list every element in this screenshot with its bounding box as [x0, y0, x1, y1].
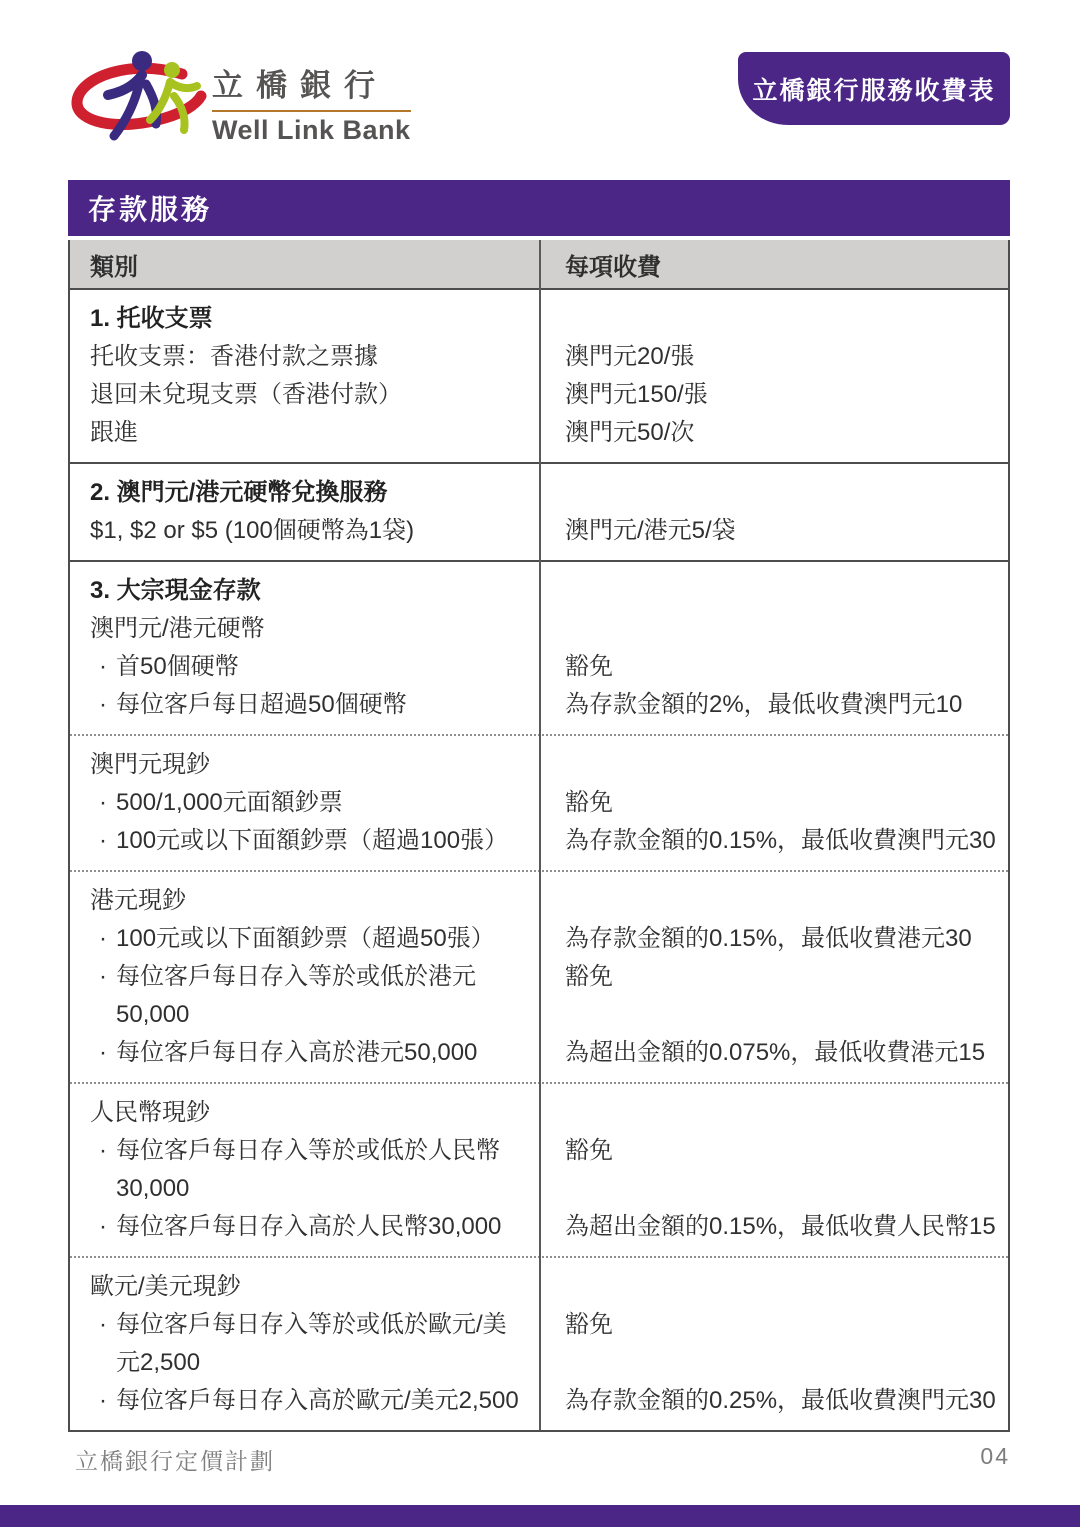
category-cell: 每位客戶每日超過50個硬幣 [116, 686, 525, 724]
bullet-icon: · [90, 1382, 116, 1420]
category-cell: 每位客戶每日存入等於或低於港元50,000 [116, 958, 525, 1034]
fee-cell: 豁免 [539, 958, 1008, 996]
bullet-icon: · [90, 822, 116, 860]
fee-table: 存款服務 類別 每項收費 1. 托收支票 托收支票：香港付款之票據 澳門元20/… [68, 180, 1010, 1432]
category-cell: 2. 澳門元/港元硬幣兌換服務 [90, 474, 525, 512]
table-title: 存款服務 [68, 180, 1010, 236]
footer-plan-name: 立橋銀行定價計劃 [75, 1443, 275, 1476]
fee-cell: 澳門元/港元5/袋 [539, 512, 1008, 550]
category-cell: 托收支票：香港付款之票據 [90, 338, 525, 376]
page-number: 04 [980, 1443, 1010, 1476]
bank-logo: 立橋銀行 Well Link Bank [70, 42, 410, 147]
fee-cell: 豁免 [539, 1306, 1008, 1344]
column-divider [539, 240, 541, 1430]
bullet-icon: · [90, 1306, 116, 1382]
category-cell: 退回未兌現支票（香港付款） [90, 376, 525, 414]
fee-cell: 為超出金額的0.15%，最低收費人民幣15 [539, 1208, 1008, 1246]
fee-cell: 澳門元20/張 [539, 338, 1008, 376]
bank-name-cn: 立橋銀行 [212, 60, 411, 112]
fee-cell: 為存款金額的0.25%，最低收費澳門元30 [539, 1382, 1008, 1420]
category-cell: 1. 托收支票 [90, 300, 525, 338]
category-cell: 首50個硬幣 [116, 648, 525, 686]
category-cell: 100元或以下面額鈔票（超過50張） [116, 920, 525, 958]
category-cell: 每位客戶每日存入高於歐元/美元2,500 [116, 1382, 525, 1420]
category-cell: 人民幣現鈔 [90, 1094, 525, 1132]
category-cell: 澳門元現鈔 [90, 746, 525, 784]
category-cell: 每位客戶每日存入高於港元50,000 [116, 1034, 525, 1072]
bullet-icon: · [90, 686, 116, 724]
category-cell: 歐元/美元現鈔 [90, 1268, 525, 1306]
bullet-icon: · [90, 1208, 116, 1246]
table-grid: 類別 每項收費 1. 托收支票 托收支票：香港付款之票據 澳門元20/張 退回未… [68, 240, 1010, 1432]
bullet-icon: · [90, 784, 116, 822]
category-cell: 3. 大宗現金存款 [90, 572, 525, 610]
category-cell: 澳門元/港元硬幣 [90, 610, 525, 648]
fee-cell: 為存款金額的0.15%，最低收費澳門元30 [539, 822, 1008, 860]
page-footer: 立橋銀行定價計劃 04 [75, 1443, 1010, 1476]
fee-cell: 澳門元50/次 [539, 414, 1008, 452]
fee-cell: 豁免 [539, 784, 1008, 822]
category-cell: $1, $2 or $5 (100個硬幣為1袋) [90, 512, 525, 550]
fee-cell: 為存款金額的0.15%，最低收費港元30 [539, 920, 1008, 958]
fee-cell: 豁免 [539, 1132, 1008, 1170]
fee-schedule-badge: 立橋銀行服務收費表 [738, 52, 1010, 125]
bullet-icon: · [90, 920, 116, 958]
bank-logo-text: 立橋銀行 Well Link Bank [212, 60, 411, 146]
category-cell: 每位客戶每日存入等於或低於人民幣30,000 [116, 1132, 525, 1208]
column-header-category: 類別 [70, 240, 539, 288]
category-cell: 跟進 [90, 414, 525, 452]
bullet-icon: · [90, 1034, 116, 1072]
bank-logo-icon [70, 44, 208, 152]
fee-cell: 豁免 [539, 648, 1008, 686]
bank-name-en: Well Link Bank [212, 112, 411, 146]
category-cell: 100元或以下面額鈔票（超過100張） [116, 822, 525, 860]
fee-cell: 為超出金額的0.075%，最低收費港元15 [539, 1034, 1008, 1072]
bottom-accent-bar [0, 1505, 1080, 1527]
page: 立橋銀行 Well Link Bank 立橋銀行服務收費表 存款服務 類別 每項… [0, 0, 1080, 1527]
bullet-icon: · [90, 958, 116, 1034]
category-cell: 每位客戶每日存入等於或低於歐元/美元2,500 [116, 1306, 525, 1382]
fee-cell: 為存款金額的2%，最低收費澳門元10 [539, 686, 1008, 724]
column-header-fee: 每項收費 [539, 240, 1008, 288]
category-cell: 每位客戶每日存入高於人民幣30,000 [116, 1208, 525, 1246]
bullet-icon: · [90, 1132, 116, 1208]
fee-cell: 澳門元150/張 [539, 376, 1008, 414]
category-cell: 港元現鈔 [90, 882, 525, 920]
category-cell: 500/1,000元面額鈔票 [116, 784, 525, 822]
bullet-icon: · [90, 648, 116, 686]
